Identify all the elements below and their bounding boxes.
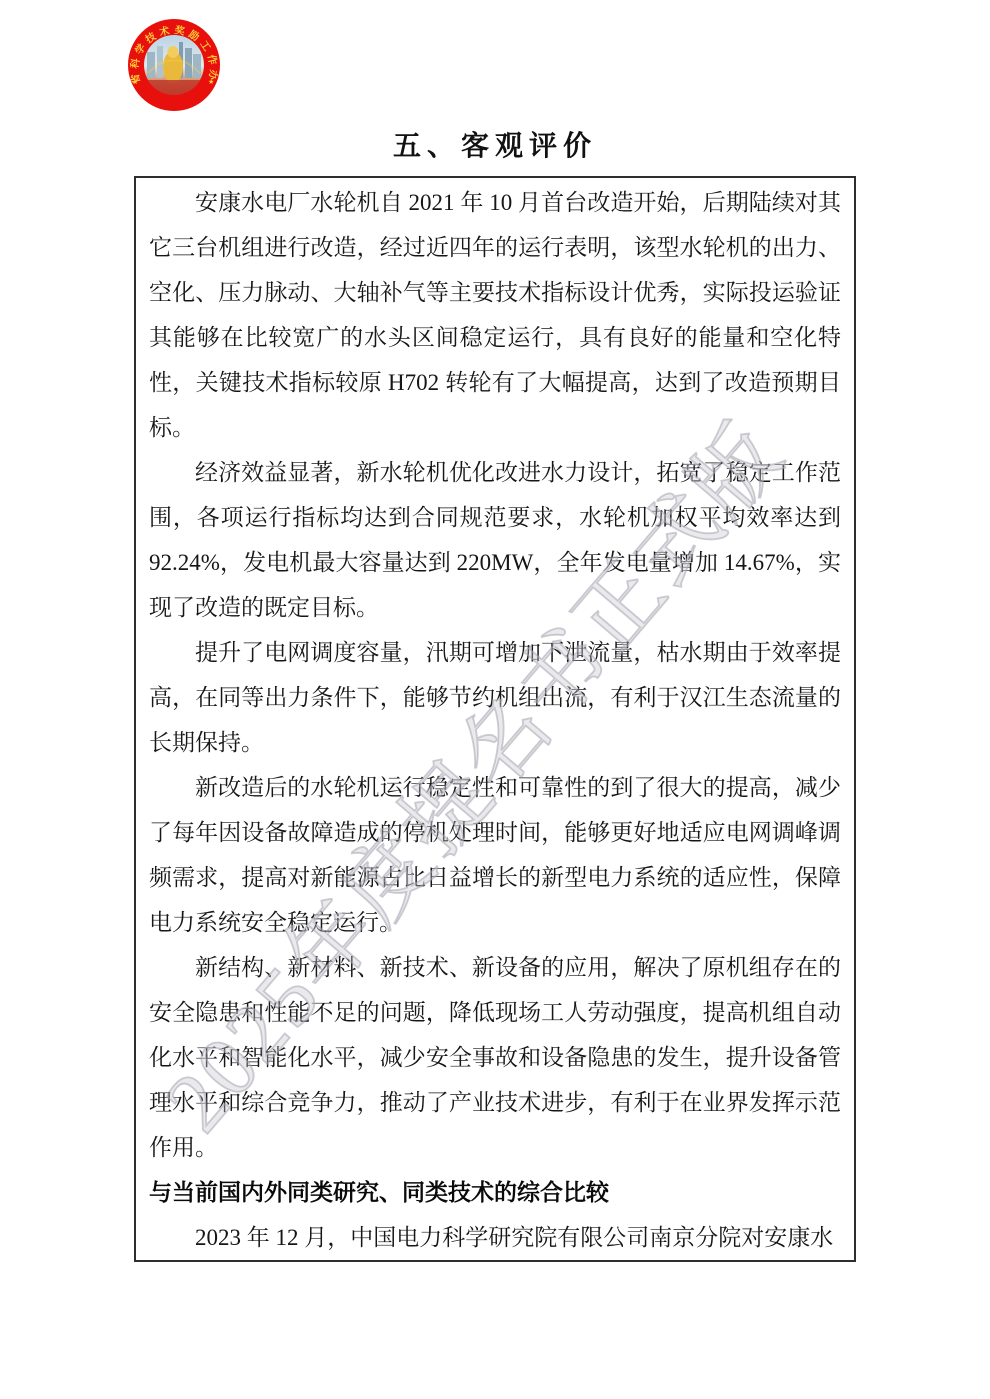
paragraph-new-technology: 新结构、新材料、新技术、新设备的应用，解决了原机组存在的安全隐患和性能不足的问题… <box>149 945 841 1170</box>
star-icon: ★ <box>208 78 214 86</box>
document-page: 陕西省科学技术奖励工作办公室 Shaanxi Office Of Science… <box>0 0 990 1399</box>
seal-logo: 陕西省科学技术奖励工作办公室 Shaanxi Office Of Science… <box>127 18 221 112</box>
evaluation-content-box: 安康水电厂水轮机自 2021 年 10 月首台改造开始，后期陆续对其它三台机组进… <box>134 176 856 1262</box>
paragraph-grid-dispatch: 提升了电网调度容量，汛期可增加下泄流量，枯水期由于效率提高，在同等出力条件下，能… <box>149 630 841 765</box>
paragraph-overview: 安康水电厂水轮机自 2021 年 10 月首台改造开始，后期陆续对其它三台机组进… <box>149 180 841 450</box>
paragraph-economic-benefit: 经济效益显著，新水轮机优化改进水力设计，拓宽了稳定工作范围，各项运行指标均达到合… <box>149 450 841 630</box>
seal-logo-graphic: 陕西省科学技术奖励工作办公室 Shaanxi Office Of Science… <box>127 18 221 112</box>
paragraph-reliability: 新改造后的水轮机运行稳定性和可靠性的到了很大的提高，减少了每年因设备故障造成的停… <box>149 765 841 945</box>
star-icon: ★ <box>132 78 138 86</box>
paragraph-closing: 2023 年 12 月，中国电力科学研究院有限公司南京分院对安康水 <box>149 1215 841 1260</box>
page-title: 五、客观评价 <box>0 124 990 164</box>
section-subheading: 与当前国内外同类研究、同类技术的综合比较 <box>149 1170 841 1215</box>
